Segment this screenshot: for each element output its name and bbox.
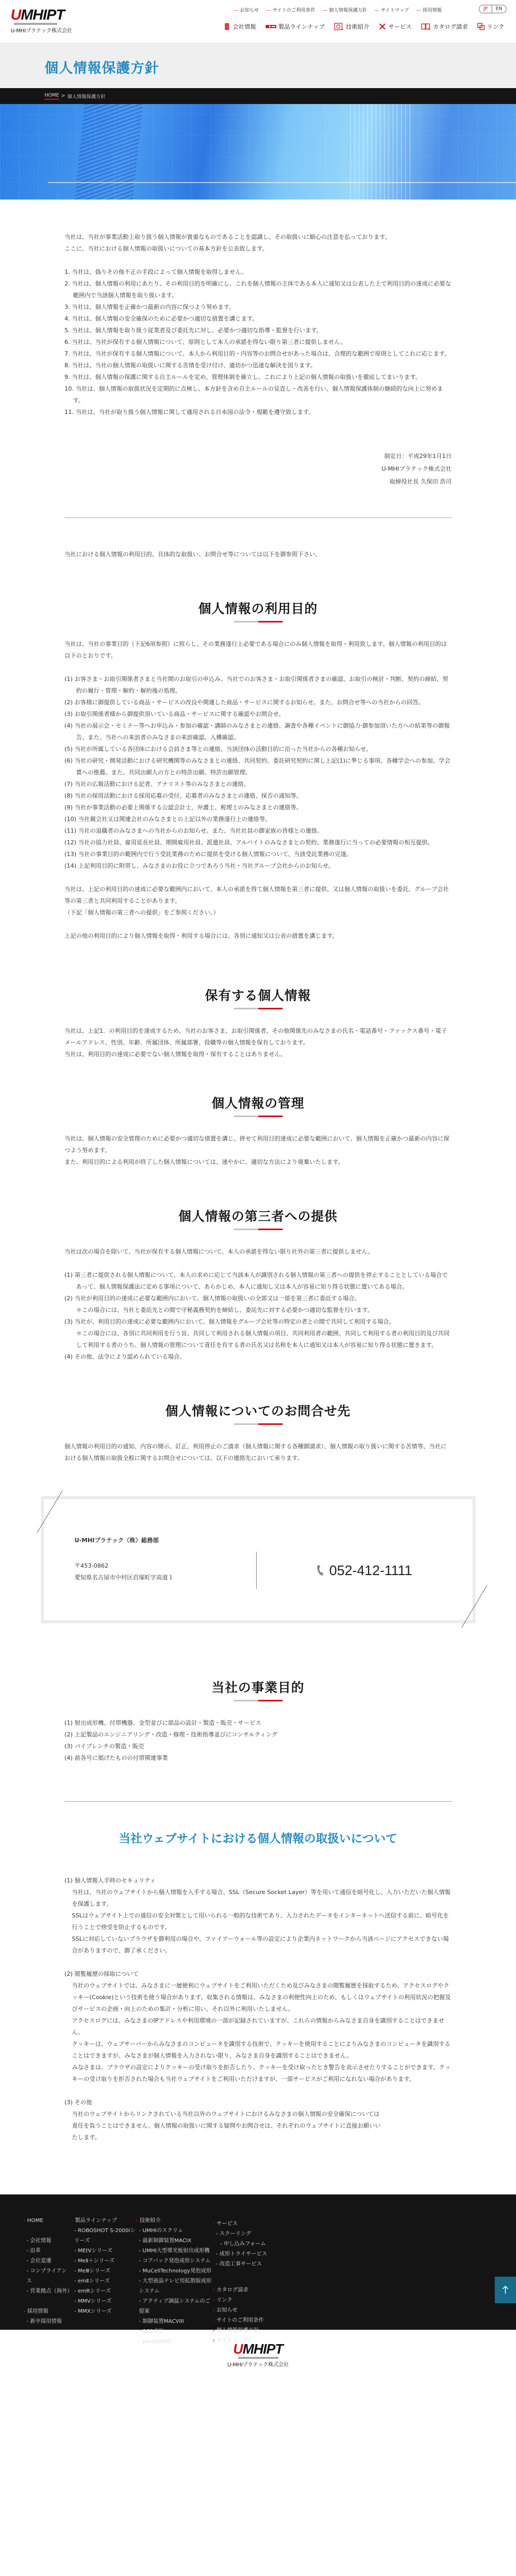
website-paragraph: SSLはウェブサイト上での通信の安全対策として用いられる一般的な技術であり、入力…	[72, 1910, 452, 1933]
purpose-item: (14) 上記利用目的に附帯し、みなさまのお役に立つであろう当社・当社グループ会…	[65, 860, 452, 872]
section-purpose: 個人情報の利用目的 当社は、当社の事業目的（下記6項参照）に照らし、その業務遂行…	[65, 603, 452, 942]
footer-link[interactable]: - MuCellTechnology発泡成形	[136, 2266, 213, 2276]
purpose-after: （下記「個人情報の第三者への提供」をご参照ください。）	[65, 907, 452, 919]
section-website: 当社ウェブサイトにおける個人情報の取扱いについて (1) 個人情報入手時のセキュ…	[65, 1834, 452, 2143]
enactment-date: 制定日：平成29年1月1日	[65, 450, 452, 463]
section-heading: 個人情報の第三者への提供	[65, 1211, 452, 1222]
nav-label: 技術紹介	[346, 22, 369, 31]
purpose-after: 当社は、上記の利用目的の達成に必要な範囲内において、本人の承諾を得て個人情報を第…	[65, 884, 452, 907]
purpose-list: (1) お客さま・お取引関係者さまと当社間のお取引の申込み、当社でのお客さま・お…	[65, 673, 452, 872]
footer-company-name: U-MHIプラテック株式会社	[0, 2360, 516, 2368]
arrow-up-icon	[502, 2286, 509, 2294]
website-paragraph: SSLに対応していないブラウザを御利用の場合や、ファイアーウォール等の設定により…	[72, 1933, 452, 1957]
section-paragraph: 当社は、個人情報の安全管理のために必要かつ適切な措置を講じ、併せて利用目的達成に…	[65, 1133, 452, 1156]
purpose-item: (10) 当社親会社又は関連会社のみなさまとの上記以外の業務遂行上の連絡等。	[65, 814, 452, 825]
footer-col-service: サービス - スクーリング - 申し込みフォーム - 成形トライサービス - 改…	[213, 2216, 276, 2309]
signature-president: 取締役社長 久保田 浩司	[65, 476, 452, 488]
contact-department: U-MHIプラテック（株）総務部	[75, 1536, 256, 1544]
heading-underline	[234, 621, 283, 623]
third-party-item: (1) 第三者に提供される個人情報について、本人の求めに応じて当該本人が識別され…	[65, 1269, 452, 1293]
footer-link[interactable]: - 制御装置MACVIII	[136, 2316, 213, 2327]
footer-link-products[interactable]: 製品ラインナップ	[71, 2216, 136, 2226]
building-icon	[223, 23, 231, 30]
section-heading: 個人情報の管理	[65, 1097, 452, 1109]
signature-company: U-MHIプラテック株式会社	[65, 463, 452, 476]
hero-building-decoration	[350, 104, 414, 200]
purpose-item: (7) 当社の広報活動における記者、アナリスト等のみなさまとの連絡。	[65, 779, 452, 790]
utility-link-privacy[interactable]: 個人情報保護方針	[322, 6, 367, 13]
footer-link[interactable]: - packetMAC	[136, 2337, 213, 2347]
policy-list: 1. 当社は、偽りその他不正の手段によって個人情報を取得しません。 2. 当社は…	[65, 266, 452, 418]
utility-link-recruit[interactable]: 採用情報	[416, 6, 442, 13]
breadcrumb: HOME > 個人情報保護方針	[0, 88, 516, 104]
footer-link-news[interactable]: お知らせ	[213, 2305, 276, 2315]
footer-link-service[interactable]: サービス	[213, 2219, 276, 2229]
footer-link[interactable]: - 新卒採用情報	[23, 2316, 71, 2327]
section-heading: 当社の事業目的	[65, 1682, 452, 1693]
utility-link-news[interactable]: お知らせ	[233, 6, 259, 13]
website-paragraph: クッキーは、ウェブサーバーからみなさまのコンピュータを識別する技術で、クッキーを…	[72, 2038, 452, 2062]
section-held-info: 保有する個人情報 当社は、上記1．の利用目的を達成するため、当社のお客さま、お取…	[65, 990, 452, 1060]
hero-line-decoration	[48, 182, 516, 183]
footer-link[interactable]: - MeⅡ＋シリーズ	[71, 2256, 136, 2266]
heading-underline	[234, 1008, 283, 1009]
lang-jp-button[interactable]: JP	[479, 5, 492, 13]
purpose-item: (6) 当社の研究・開発活動における研究機関等のみなさまとの連絡、共同契約、委託…	[65, 755, 452, 779]
third-party-item: (4) その他、法令により認められている場合。	[65, 1351, 452, 1363]
breadcrumb-separator: >	[61, 93, 65, 99]
footer-link-home[interactable]: HOME	[23, 2218, 43, 2224]
contact-box-wrapper: U-MHIプラテック（株）総務部 〒453-0862 愛知県名古屋市中村区岩塚町…	[41, 1496, 476, 1623]
footer-link[interactable]: - MEtVシリーズ	[71, 2246, 136, 2256]
footer-link[interactable]: - emRシリーズ	[71, 2286, 136, 2296]
purpose-after: 上記の他の利用目的により個人情報を取得・利用する場合には、各別に通知又は公表の措…	[65, 930, 452, 942]
footer-link[interactable]: - 大型液晶テレビ用拡散版成形システム	[136, 2276, 213, 2296]
website-item: (1) 個人情報入手時のセキュリティ 当社は、当社のウェブサイトから個人情報を入…	[65, 1875, 452, 1957]
business-item: (2) 上記製品のエンジニアリング・改造・修理・技術指導並びにコンサルティング	[65, 1729, 452, 1741]
business-list: (1) 射出成形機、付帯機器、金型並びに部品の設計・製造・販売・サービス (2)…	[65, 1717, 452, 1764]
footer-link-privacy[interactable]: 個人情報保護方針	[213, 2326, 276, 2336]
gear-screen-icon	[334, 23, 344, 30]
third-party-item: (3) 当社が、利用目的の達成に必要な範囲内において、個人情報をグループ会社等の…	[65, 1316, 452, 1351]
policy-intro: 当社は、当社が事業活動上取り扱う個人情報が貴重なものであることを認識し、その取扱…	[65, 200, 452, 560]
purpose-item: (2) お客様に御提供している商品・サービスの改良や関連した商品・サービスに関す…	[65, 697, 452, 708]
divider	[65, 517, 452, 518]
footer-logo-mark: UMHIPT	[0, 2341, 516, 2356]
footer-link[interactable]: - MMVシリーズ	[71, 2296, 136, 2306]
nav-company[interactable]: 会社情報	[223, 22, 256, 31]
site-logo[interactable]: UMHIPT U-MHIプラテック株式会社	[11, 7, 101, 34]
footer-col-technology: 技術紹介 - UMHIのスクリュ - 最新制御装置MACIX - UMHI大型導…	[136, 2216, 213, 2309]
language-switch: JP EN	[479, 5, 506, 13]
footer-link[interactable]: - 営業拠点（海外）	[23, 2286, 71, 2296]
section-lead: 当社は、当社の事業目的（下記6項参照）に照らし、その業務遂行上必要である場合にの…	[65, 638, 452, 662]
footer-link[interactable]: - 沿革	[23, 2246, 71, 2256]
footer-link[interactable]: - 改造工事サービス	[213, 2259, 276, 2269]
nav-technology[interactable]: 技術紹介	[334, 22, 369, 31]
footer-link-catalog[interactable]: カタログ請求	[213, 2285, 276, 2295]
divider	[65, 1801, 452, 1802]
page-top-button[interactable]	[495, 2277, 516, 2303]
footer-link[interactable]: - 最新制御装置MACIX	[136, 2236, 213, 2246]
purpose-item: (5) 当社が所属している各団体における会員さま等との連絡、当該団体の活動目的に…	[65, 744, 452, 755]
website-paragraph: みなさまは、ブラウザの設定によりクッキーの受け取りを拒否したり、クッキーを受け取…	[72, 2062, 452, 2085]
footer-col-products: 製品ラインナップ - ROBOSHOT S-2000iシリーズ - MEtVシリ…	[71, 2216, 136, 2309]
heading-underline	[234, 1116, 283, 1117]
machine-icon	[266, 23, 276, 30]
footer-link[interactable]: - アクティブ調温システムのご提案	[136, 2296, 213, 2316]
footer-link[interactable]: - 申し込みフォーム	[213, 2239, 276, 2249]
policy-item: 3. 当社は、個人情報を正確かつ最新の内容に保つよう努めます。	[65, 301, 452, 313]
footer-link[interactable]: - MMXシリーズ	[71, 2306, 136, 2316]
footer-link[interactable]: - ROBOSHOT S-2000iシリーズ	[71, 2226, 136, 2246]
policy-item: 10. 当社は、個人情報の取扱状況を定期的に点検し、本方針を含め自主ルールの見直…	[65, 383, 452, 407]
third-party-note: ＊この場合には、当社と委託先との間で守秘義務契約を締結し、委託先に対する必要かつ…	[76, 1304, 452, 1316]
phone-icon	[317, 1564, 325, 1577]
main-content: 当社は、当社が事業活動上取り扱う個人情報が貴重なものであることを認識し、その取扱…	[65, 200, 452, 1464]
lang-en-button[interactable]: EN	[492, 5, 506, 13]
contact-street-address: 愛知県名古屋市中村区岩塚町字高道１	[75, 1572, 256, 1584]
contact-phone: 052-412-1111	[257, 1562, 473, 1579]
website-paragraph: 当社は、当社のウェブサイトから個人情報を入手する場合、SSL（Secure So…	[72, 1887, 452, 1910]
purpose-item: (8) 当社の採用活動における採用応募の受付、応募者のみなさまとの連絡、採否の通…	[65, 790, 452, 802]
website-paragraph: アクセスログには、みなさまのIPアドレスや利用環境の一部が記録されていますが、こ…	[72, 2015, 452, 2038]
section-paragraph: 当社は、利用目的の達成に必要でない個人情報を取得・保有することはありません。	[65, 1049, 452, 1060]
contact-box: U-MHIプラテック（株）総務部 〒453-0862 愛知県名古屋市中村区岩塚町…	[41, 1496, 476, 1623]
link-icon	[477, 23, 485, 30]
website-item-heading: (1) 個人情報入手時のセキュリティ	[65, 1875, 452, 1887]
purpose-item: (9) 当社が事業活動の必要上関係する公認会計士、弁護士、税理士のみなさまとの連…	[65, 802, 452, 814]
footer-link-terms[interactable]: サイトのご利用条件	[213, 2315, 276, 2326]
third-party-item: (2) 当社が利用目的の達成に必要な範囲内において、個人情報の取扱いの全部又は一…	[65, 1293, 452, 1316]
footer-col-home: HOME - 会社情報 - 沿革 - 会社変遷 - コンプライアンス - 営業拠…	[23, 2216, 71, 2309]
utility-nav: お知らせ サイトのご利用条件 個人情報保護方針 サイトマップ 採用情報	[233, 6, 442, 13]
policy-item: 5. 当社は、個人情報を取り扱う従業者及び委託先に対し、必要かつ適切な指導・監督…	[65, 325, 452, 336]
footer-link[interactable]: - UMHIのスクリュ	[136, 2226, 213, 2236]
heading-underline	[234, 1229, 283, 1230]
policy-item: 4. 当社は、個人情報の安全確保のために必要かつ適切な措置を講じます。	[65, 313, 452, 325]
section-inquiry: 個人情報についてのお問合せ先 個人情報の利用目的の通知、内容の開示、訂正、利用停…	[65, 1405, 452, 1464]
intro-paragraph: ここに、当社における個人情報の取扱いについての基本方針を公表致します。	[65, 243, 452, 255]
section-lead: 個人情報の利用目的の通知、内容の開示、訂正、利用停止のご請求（個人情報に関する各…	[65, 1441, 452, 1464]
website-paragraph: 当社のウェブサイトでは、みなさまに一層便利にウェブサイトをご利用いただくため及び…	[72, 1980, 452, 2015]
website-paragraph: 当社のウェブサイトからリンクされている当社以外のウェブサイトにおけるみなさまの個…	[72, 2108, 383, 2143]
business-item: (4) 前各号に掲げたものの付帯関連事業	[65, 1752, 452, 1764]
footer-link[interactable]: - UMHI大型導光板射出成形機	[136, 2246, 213, 2256]
nav-link[interactable]: リンク	[477, 22, 504, 31]
purpose-item: (3) お取引関係者様から御提供頂いている商品・サービスに関する確認やお問合せ。	[65, 708, 452, 720]
footer-link[interactable]: - スクーリング	[213, 2229, 276, 2239]
main-nav: 会社情報 製品ラインナップ 技術紹介 サービス カタログ請求 リンク	[223, 22, 504, 31]
policy-item: 2. 当社は、個人情報の利用にあたり、その利用目的を明確にし、これを個人情報の主…	[65, 278, 452, 301]
page-title-band: 個人情報保護方針	[0, 42, 516, 88]
tools-icon	[379, 23, 386, 30]
main-content-continued: 当社の事業目的 (1) 射出成形機、付帯機器、金型並びに部品の設計・製造・販売・…	[65, 1682, 452, 2143]
website-item: (2) 閲覧履歴の採取について 当社のウェブサイトでは、みなさまに一層便利にウェ…	[65, 1968, 452, 2085]
site-header: UMHIPT U-MHIプラテック株式会社 お知らせ サイトのご利用条件 個人情…	[0, 0, 516, 42]
purpose-item: (11) 当社の退職者のみなさまへの当社からのお知らせ。また、当社社員の御家族の…	[65, 825, 452, 837]
website-item: (3) その他 当社のウェブサイトからリンクされている当社以外のウェブサイトにお…	[65, 2097, 452, 2143]
footer-link-technology[interactable]: 技術紹介	[136, 2216, 213, 2226]
section-heading: 個人情報の利用目的	[65, 603, 452, 615]
section-paragraph: また、利用目的による利用が終了した個人情報については、速やかに、適切な方法により…	[65, 1156, 452, 1168]
section-third-party: 個人情報の第三者への提供 当社は次の場合を除いて、当社が保有する個人情報について…	[65, 1211, 452, 1363]
website-heading: 当社ウェブサイトにおける個人情報の取扱いについて	[65, 1834, 452, 1845]
heading-underline	[234, 1423, 283, 1425]
purpose-item: (13) 当社の事業目的の範囲内で行う受託業務のために提供を受ける個人情報につい…	[65, 849, 452, 860]
footer-link[interactable]: - emⅡシリーズ	[71, 2276, 136, 2286]
breadcrumb-current: 個人情報保護方針	[67, 93, 106, 100]
book-icon	[421, 23, 431, 30]
footer-link[interactable]: - コアバック発泡成形システム	[136, 2256, 213, 2266]
logo-company-name: U-MHIプラテック株式会社	[11, 26, 101, 34]
section-management: 個人情報の管理 当社は、個人情報の安全管理のために必要かつ適切な措置を講じ、併せ…	[65, 1097, 452, 1168]
website-item-heading: (2) 閲覧履歴の採取について	[65, 1968, 452, 1980]
policy-item: 6. 当社は、当社が保有する個人情報について、原則として本人の承諾を得ない限り第…	[65, 336, 452, 348]
footer-link-links[interactable]: リンク	[213, 2295, 276, 2305]
section-heading: 保有する個人情報	[65, 990, 452, 1001]
policy-item: 7. 当社は、当社が保有する個人情報について、本人から利用目的・内容等のお問合せ…	[65, 348, 452, 360]
policy-item: 9. 当社は、個人情報の保護に関する自主ルールを定め、管理体制を確立し、これによ…	[65, 371, 452, 383]
section-lead: 当社は次の場合を除いて、当社が保有する個人情報について、本人の承諾を得ない限り社…	[65, 1246, 452, 1258]
contact-postal-code: 〒453-0862	[75, 1560, 256, 1572]
nav-label: リンク	[487, 22, 504, 31]
policy-item: 8. 当社は、当社の個人情報の取扱いに関する苦情を受け付け、適切かつ迅速な解決を…	[65, 360, 452, 371]
hero-banner-image	[0, 104, 516, 200]
nav-catalog[interactable]: カタログ請求	[421, 22, 468, 31]
page-title: 個人情報保護方針	[45, 57, 516, 77]
nav-label: 会社情報	[233, 22, 256, 31]
footer-link[interactable]: - SCS成形	[136, 2327, 213, 2337]
section-paragraph: 当社は、上記1．の利用目的を達成するため、当社のお客さま、お取引関係者、その他関…	[65, 1025, 452, 1049]
contact-address: U-MHIプラテック（株）総務部 〒453-0862 愛知県名古屋市中村区岩塚町…	[44, 1536, 256, 1584]
logo-bar	[14, 23, 57, 25]
website-item-heading: (3) その他	[65, 2097, 452, 2108]
signature-block: 制定日：平成29年1月1日 U-MHIプラテック株式会社 取締役社長 久保田 浩…	[65, 450, 452, 488]
refer-note: 当社における個人情報の利用目的、具体的な取扱い、お問合せ等については以下を御参照…	[65, 549, 452, 560]
hero-building-decoration	[75, 104, 143, 200]
third-party-list: (1) 第三者に提供される個人情報について、本人の求めに応じて当該本人が識別され…	[65, 1269, 452, 1363]
section-business: 当社の事業目的 (1) 射出成形機、付帯機器、金型並びに部品の設計・製造・販売・…	[65, 1682, 452, 1764]
purpose-item: (12) 当社の協力社員、雇用延長社員、期間雇用社員、派遣社員、アルバイトのみな…	[65, 837, 452, 849]
site-footer: HOME - 会社情報 - 沿革 - 会社変遷 - コンプライアンス - 営業拠…	[0, 2194, 516, 2330]
footer-link[interactable]: - 成形トライサービス	[213, 2249, 276, 2259]
breadcrumb-home[interactable]: HOME	[45, 93, 59, 100]
footer-link-recruit[interactable]: 採用情報	[23, 2306, 71, 2316]
business-item: (1) 射出成形機、付帯機器、金型並びに部品の設計・製造・販売・サービス	[65, 1717, 452, 1729]
website-list: (1) 個人情報入手時のセキュリティ 当社は、当社のウェブサイトから個人情報を入…	[65, 1875, 452, 2143]
nav-service[interactable]: サービス	[379, 22, 412, 31]
nav-label: サービス	[388, 22, 412, 31]
purpose-item: (1) お客さま・お取引関係者さまと当社間のお取引の申込み、当社でのお客さま・お…	[65, 673, 452, 697]
purpose-item: (4) 当社の展示会・セミナー等へお申込み・参加の確認・講師のみなさまとの連絡、…	[65, 720, 452, 744]
policy-item: 1. 当社は、偽りその他不正の手段によって個人情報を取得しません。	[65, 266, 452, 278]
footer-link[interactable]: - MeⅢシリーズ	[71, 2266, 136, 2276]
third-party-note: ＊この場合には、各別に共同利用を行う旨、共同して利用される個人情報の項目、共同利…	[76, 1328, 452, 1351]
section-heading: 個人情報についてのお問合せ先	[65, 1405, 452, 1417]
intro-paragraph: 当社は、当社が事業活動上取り扱う個人情報が貴重なものであることを認識し、その取扱…	[65, 231, 452, 243]
nav-label: カタログ請求	[433, 22, 468, 31]
footer-link[interactable]: - コンプライアンス	[23, 2266, 71, 2286]
business-item: (3) パイプレンチの製造・販売	[65, 1741, 452, 1752]
utility-link-sitemap[interactable]: サイトマップ	[374, 6, 409, 13]
policy-item: 11. 当社は、当社が取り扱う個人情報に関して適用される日本国の法令・規範を遵守…	[65, 407, 452, 418]
nav-products[interactable]: 製品ラインナップ	[266, 22, 325, 31]
footer-link[interactable]: - 会社変遷	[23, 2256, 71, 2266]
footer-link[interactable]: - 会社情報	[23, 2236, 71, 2246]
heading-underline	[234, 1700, 283, 1701]
logo-mark: UMHIPT	[11, 7, 101, 22]
phone-number-link[interactable]: 052-412-1111	[329, 1562, 412, 1579]
utility-link-terms[interactable]: サイトのご利用条件	[266, 6, 315, 13]
nav-label: 製品ラインナップ	[278, 22, 325, 31]
logo-bar	[238, 2357, 278, 2359]
